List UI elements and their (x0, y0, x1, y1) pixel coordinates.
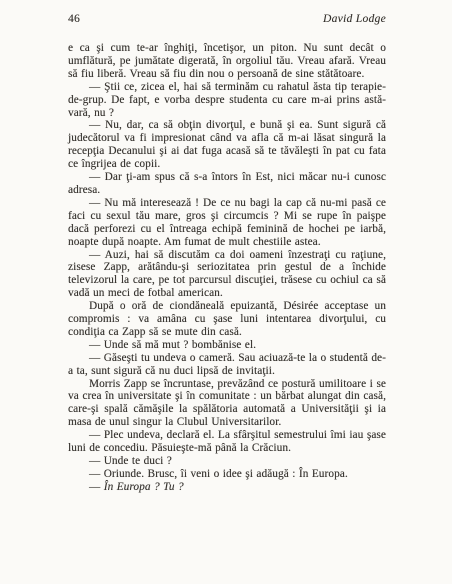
page-number: 46 (68, 13, 80, 26)
paragraph-dialogue: — Găseşti tu undeva o cameră. Sau aciuaz… (68, 352, 386, 378)
running-header: 46 David Lodge (68, 13, 386, 26)
paragraph-dialogue: — Unde să mă mut ? bombănise el. (68, 339, 386, 352)
paragraph-dialogue: — Dar ţi-am spus că s-a întors în Est, n… (68, 171, 386, 197)
paragraph-dialogue-italic: — În Europa ? Tu ? (68, 481, 386, 494)
paragraph-dialogue: — Ştii ce, zicea el, hai să terminăm cu … (68, 81, 386, 120)
paragraph-narration: Morris Zapp se încruntase, prevăzând ce … (68, 378, 386, 430)
dialogue-dash: — (89, 481, 104, 493)
running-header-author: David Lodge (323, 13, 386, 26)
paragraph-dialogue: — Plec undeva, declară el. La sfârşitul … (68, 429, 386, 455)
paragraph-dialogue: — Oriunde. Brusc, îi veni o idee şi adău… (68, 468, 386, 481)
paragraph-dialogue: — Auzi, hai să discutăm ca doi oameni în… (68, 249, 386, 301)
paragraph-narration: După o oră de ciondăneală epuizantă, Dés… (68, 300, 386, 339)
paragraph-continuation: e ca şi cum te-ar înghiţi, încetişor, un… (68, 42, 386, 81)
body-text: e ca şi cum te-ar înghiţi, încetişor, un… (68, 42, 386, 494)
paragraph-dialogue: — Nu mă interesează ! De ce nu bagi la c… (68, 197, 386, 249)
paragraph-dialogue: — Nu, dar, ca să obţin divorţul, e bună … (68, 119, 386, 171)
book-page: 46 David Lodge e ca şi cum te-ar înghiţi… (0, 0, 452, 584)
paragraph-dialogue: — Unde te duci ? (68, 455, 386, 468)
dialogue-italic-text: În Europa ? Tu ? (104, 481, 184, 493)
